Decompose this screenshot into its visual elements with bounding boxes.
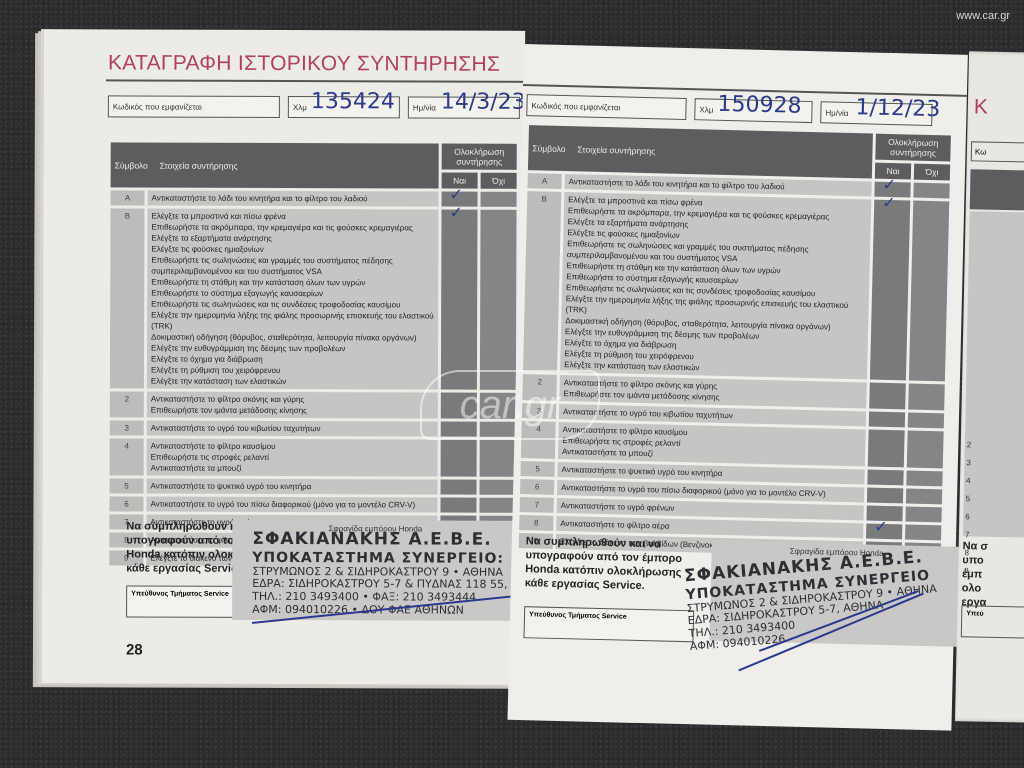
table-row: 3Αντικαταστήστε το υγρό του κιβωτίου ταχ… xyxy=(110,420,516,436)
date-value: 14/3/23 xyxy=(441,92,526,114)
maintenance-item: Αντικαταστήστε το ψυκτικό υγρό του κινητ… xyxy=(561,464,860,482)
row-symbol: 2 xyxy=(110,391,144,417)
km-value: 135424 xyxy=(311,91,395,113)
completed-yes-cell[interactable] xyxy=(441,480,477,495)
maintenance-item: Επιθεωρήστε τις σωληνώσεις και γραμμές τ… xyxy=(151,255,434,278)
table-row: BΕλέγξτε τα μπροστινά και πίσω φρέναΕπιθ… xyxy=(110,208,517,389)
date-field[interactable]: Ημ/νία 14/3/23 xyxy=(408,96,520,118)
code-field[interactable]: Κωδικός που εμφανίζεται xyxy=(108,95,280,118)
peek-table-header xyxy=(970,169,1024,211)
table-row: 6Αντικαταστήστε το υγρό του πίσω διαφορι… xyxy=(109,496,515,512)
row-items: Αντικαταστήστε το υγρό του πίσω διαφορικ… xyxy=(146,497,437,513)
date-label: Ημ/νία xyxy=(413,103,436,112)
maintenance-item: Αντικαταστήστε το υγρό του πίσω διαφορικ… xyxy=(150,499,433,511)
row-symbol: 2 xyxy=(522,374,557,401)
stamp-line-1: ΣΦΑΚΙΑΝΑΚΗΣ Α.Ε.Β.Ε. xyxy=(252,530,551,551)
page-title: ΚΑΤΑΓΡΑΦΗ ΙΣΤΟΡΙΚΟΥ ΣΥΝΤΗΡΗΣΗΣ xyxy=(108,51,500,76)
col-symbol: Σύμβολο xyxy=(532,143,565,154)
row-symbol: 8 xyxy=(519,515,553,531)
completed-yes-cell[interactable] xyxy=(867,488,903,504)
completed-yes-cell[interactable] xyxy=(441,422,477,437)
completed-no-cell[interactable] xyxy=(909,201,949,382)
maintenance-item: Αντικαταστήστε το φίλτρο αέρα xyxy=(560,518,859,536)
stamp-line-2: ΥΠΟΚΑΤΑΣΤΗΜΑ ΣΥΝΕΡΓΕΙΟ: xyxy=(252,549,551,566)
completed-yes-cell[interactable] xyxy=(867,470,903,486)
date-value: 1/12/23 xyxy=(855,97,940,121)
peek-symbol: 4 xyxy=(966,472,971,490)
dealer-stamp: ΣΦΑΚΙΑΝΑΚΗΣ Α.Ε.Β.Ε. ΥΠΟΚΑΤΑΣΤΗΜΑ ΣΥΝΕΡΓ… xyxy=(252,530,551,617)
site-watermark: www.car.gr xyxy=(956,10,1010,22)
maintenance-table: Σύμβολο Στοιχεία συντήρησης Ολοκλήρωση σ… xyxy=(516,122,954,561)
date-field[interactable]: Ημ/νία 1/12/23 xyxy=(820,101,933,126)
completed-yes-cell[interactable] xyxy=(441,393,477,419)
row-symbol: 6 xyxy=(520,479,554,495)
row-items: Ελέγξτε τα μπροστινά και πίσω φρέναΕπιθε… xyxy=(147,209,439,390)
service-booklet: ΚΑΤΑΓΡΑΦΗ ΙΣΤΟΡΙΚΟΥ ΣΥΝΤΗΡΗΣΗΣ Κωδικός π… xyxy=(40,30,1024,700)
row-symbol: 3 xyxy=(110,420,144,435)
peek-symbol: 3 xyxy=(966,454,971,472)
maintenance-item: Επιθεωρήστε τον ιμάντα μετάδοσης κίνησης xyxy=(151,405,434,417)
stamp-line-6: ΑΦΜ: 094010226 • ΔΟΥ ΦΑΕ ΑΘΗΝΩΝ xyxy=(252,603,551,617)
record-header: Κωδικός που εμφανίζεται Χλμ 135424 Ημ/νί… xyxy=(108,95,520,118)
maintenance-item: Αντικαταστήστε το λάδι του κινητήρα και … xyxy=(152,193,435,205)
completed-no-cell[interactable] xyxy=(908,412,944,428)
table-row: BΕλέγξτε τα μπροστινά και πίσω φρέναΕπιθ… xyxy=(523,191,949,381)
code-label: Κωδικός που εμφανίζεται xyxy=(113,102,202,111)
col-completion: Ολοκλήρωση συντήρησης xyxy=(875,134,951,162)
maintenance-item: Αντικαταστήστε το υγρό του πίσω διαφορικ… xyxy=(561,482,860,500)
table-header-items: Σύμβολο Στοιχεία συντήρησης xyxy=(528,125,873,178)
km-label: Χλμ xyxy=(699,105,713,114)
maintenance-item: Ελέγξτε την ημερομηνία λήξης της φιάλης … xyxy=(151,310,434,333)
completed-yes-cell[interactable]: ✓ xyxy=(441,210,478,390)
completed-no-cell[interactable] xyxy=(480,393,516,419)
date-label: Ημ/νία xyxy=(825,108,848,118)
row-symbol: 5 xyxy=(520,461,554,477)
km-label: Χλμ xyxy=(293,103,307,112)
row-items: Αντικαταστήστε το λάδι του κινητήρα και … xyxy=(148,191,439,207)
peek-title: Κ xyxy=(974,95,989,119)
maintenance-item: Ελέγξτε την κατάσταση των ελαστικών xyxy=(151,376,434,388)
record-header: Κωδικός που εμφανίζεται Χλμ 150928 Ημ/νί… xyxy=(526,94,932,126)
completed-no-cell[interactable] xyxy=(906,470,942,486)
maintenance-item: Αντικαταστήστε το ψυκτικό υγρό του κινητ… xyxy=(151,481,434,493)
checkmark-icon: ✓ xyxy=(449,208,462,219)
page-number: 28 xyxy=(126,641,143,658)
peek-symbol: 5 xyxy=(965,490,970,508)
completed-no-cell[interactable] xyxy=(913,183,949,199)
maintenance-item: Αντικαταστήστε το υγρό του κιβωτίου ταχυ… xyxy=(151,423,434,435)
completed-no-cell[interactable] xyxy=(905,524,941,540)
peek-table-body xyxy=(963,211,1024,538)
maintenance-table: Σύμβολο Στοιχεία συντήρησης Ολοκλήρωση σ… xyxy=(106,139,519,569)
completed-yes-cell[interactable] xyxy=(440,498,476,513)
completed-yes-cell[interactable] xyxy=(441,440,477,477)
checkmark-icon: ✓ xyxy=(882,198,896,209)
col-no: Όχι xyxy=(481,173,517,189)
completed-yes-cell[interactable]: ✓ xyxy=(866,524,902,540)
checkmark-icon: ✓ xyxy=(450,190,463,201)
col-completion: Ολοκλήρωση συντήρησης xyxy=(442,144,517,170)
completed-yes-cell[interactable] xyxy=(868,430,905,468)
completed-yes-cell[interactable] xyxy=(869,383,906,410)
row-symbol: 6 xyxy=(109,496,143,511)
checkmark-icon: ✓ xyxy=(883,180,897,191)
row-symbol: B xyxy=(110,208,145,388)
signature-field[interactable]: Υπεύθυνος Τμήματος Service xyxy=(523,606,694,642)
completed-no-cell[interactable] xyxy=(480,422,516,437)
signature-label: Υπεύθυνος Τμήματος Service xyxy=(529,611,627,620)
km-field[interactable]: Χλμ 150928 xyxy=(694,98,813,123)
row-items: Αντικαταστήστε το φίλτρο καυσίμουΕπιθεωρ… xyxy=(147,439,438,477)
completed-no-cell[interactable] xyxy=(480,480,516,495)
row-symbol: 3 xyxy=(522,403,556,419)
col-no: Όχι xyxy=(914,164,950,181)
row-symbol: A xyxy=(111,190,145,205)
row-symbol: 4 xyxy=(110,438,144,475)
signature-label: Υπεύθυνος Τμήματος Service xyxy=(131,590,229,597)
completed-no-cell[interactable] xyxy=(905,506,941,522)
completed-yes-cell[interactable]: ✓ xyxy=(870,200,910,381)
completed-no-cell[interactable] xyxy=(908,384,945,411)
row-symbol: A xyxy=(527,173,561,189)
left-page: ΚΑΤΑΓΡΑΦΗ ΙΣΤΟΡΙΚΟΥ ΣΥΝΤΗΡΗΣΗΣ Κωδικός π… xyxy=(39,29,525,685)
maintenance-item: Αντικαταστήστε το λάδι του κινητήρα και … xyxy=(569,176,868,194)
row-items: Αντικαταστήστε το υγρό του κιβωτίου ταχυ… xyxy=(147,421,438,437)
table-row: 2Αντικαταστήστε το φίλτρο σκόνης και γύρ… xyxy=(110,391,516,418)
code-field[interactable]: Κωδικός που εμφανίζεται xyxy=(526,94,686,120)
completed-no-cell[interactable] xyxy=(480,210,517,390)
col-symbol: Σύμβολο xyxy=(115,160,148,170)
row-symbol: 5 xyxy=(110,478,144,493)
row-items: Ελέγξτε τα μπροστινά και πίσω φρέναΕπιθε… xyxy=(560,192,871,379)
row-items: Αντικαταστήστε το φίλτρο σκόνης και γύρη… xyxy=(147,392,438,419)
km-value: 150928 xyxy=(717,94,801,118)
table-header-items: Σύμβολο Στοιχεία συντήρησης xyxy=(111,142,439,188)
col-items: Στοιχεία συντήρησης xyxy=(160,160,238,170)
table-row: 4Αντικαταστήστε το φίλτρο καυσίμουΕπιθεω… xyxy=(521,421,944,468)
col-items: Στοιχεία συντήρησης xyxy=(577,144,655,156)
maintenance-item: Αντικαταστήστε το υγρό του κιβωτίου ταχυ… xyxy=(563,406,862,424)
row-items: Αντικαταστήστε το φίλτρο σκόνης και γύρη… xyxy=(559,375,867,408)
peek-signature: Υπεύ xyxy=(961,605,1024,639)
checkmark-icon: ✓ xyxy=(874,522,888,533)
maintenance-item: Αντικαταστήστε το υγρό φρένων xyxy=(561,500,860,518)
table-row: 5Αντικαταστήστε το ψυκτικό υγρό του κινη… xyxy=(110,478,516,494)
right-page: Κωδικός που εμφανίζεται Χλμ 150928 Ημ/νί… xyxy=(507,44,967,731)
code-label: Κωδικός που εμφανίζεται xyxy=(531,101,620,112)
table-row: 4Αντικαταστήστε το φίλτρο καυσίμουΕπιθεω… xyxy=(110,438,516,476)
row-symbol: 7 xyxy=(520,497,554,513)
row-items: Αντικαταστήστε το ψυκτικό υγρό του κινητ… xyxy=(147,479,438,495)
row-symbol: B xyxy=(523,191,561,372)
completed-no-cell[interactable] xyxy=(480,440,516,477)
completed-no-cell[interactable] xyxy=(906,488,942,504)
completed-no-cell[interactable] xyxy=(907,430,944,468)
peek-code-field: Κω xyxy=(971,141,1024,163)
completed-no-cell[interactable] xyxy=(479,498,515,513)
peek-symbol: 6 xyxy=(965,508,970,526)
title-divider xyxy=(106,79,535,82)
row-symbol: 4 xyxy=(521,421,556,459)
completed-yes-cell[interactable] xyxy=(869,412,905,428)
instructions-note: Να συμπληρωθούν και να υπογραφούν από το… xyxy=(525,534,696,594)
peek-note: Να σ υπο έμπ ολο εργα xyxy=(961,539,1002,610)
peek-symbol: 2 xyxy=(967,436,972,454)
km-field[interactable]: Χλμ 135424 xyxy=(288,96,400,118)
row-items: Αντικαταστήστε το φίλτρο καυσίμουΕπιθεωρ… xyxy=(558,422,866,466)
completed-no-cell[interactable] xyxy=(481,192,517,207)
maintenance-item: Αντικαταστήστε τα μπουζί xyxy=(151,463,434,475)
